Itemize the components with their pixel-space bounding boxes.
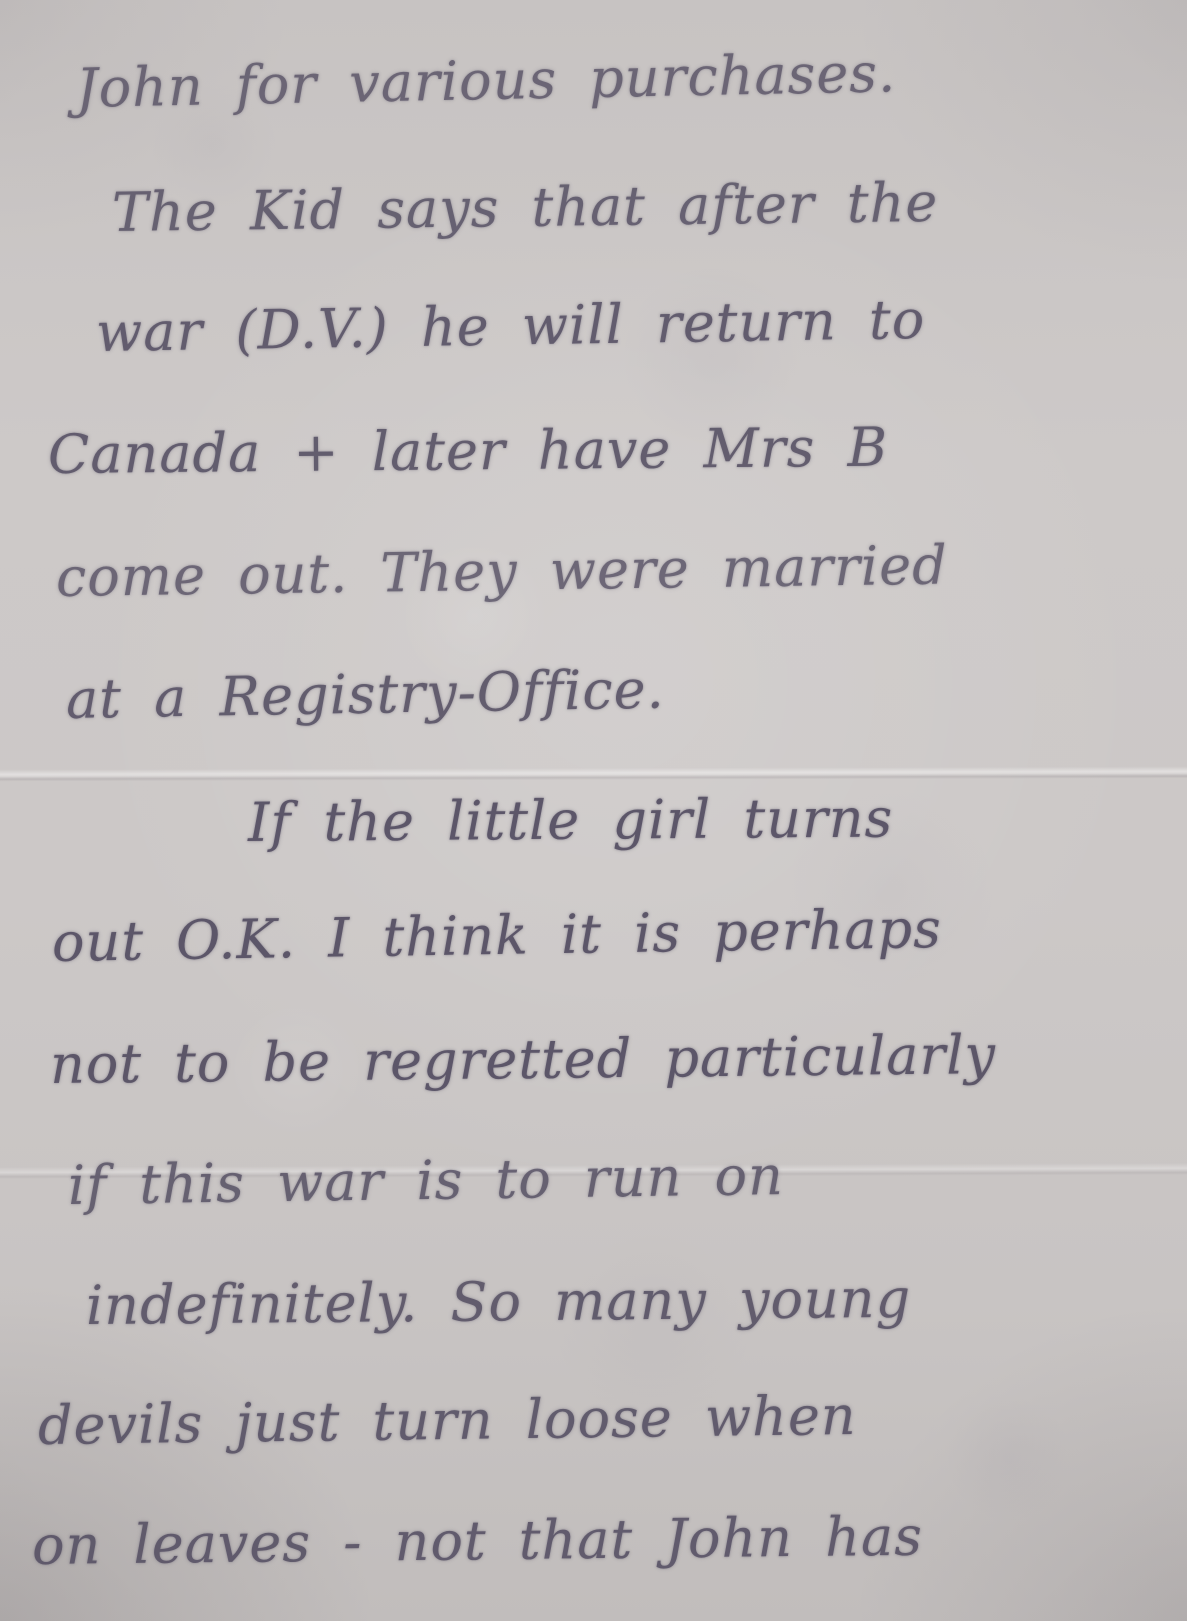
handwritten-line: war (D.V.) he will return to [96, 293, 926, 360]
handwritten-line: if this war is to run on [68, 1149, 784, 1213]
handwritten-line: The Kid says that after the [112, 176, 939, 240]
handwritten-line: at a Registry-Office. [66, 663, 666, 727]
handwritten-line: Canada + later have Mrs B [48, 421, 889, 482]
handwritten-line: devils just turn loose when [38, 1389, 857, 1453]
handwritten-line: on leaves - not that John has [32, 1510, 923, 1573]
handwritten-line: out O.K. I think it is perhaps [52, 902, 943, 970]
handwritten-line: not to be regretted particularly [50, 1028, 997, 1092]
handwritten-line: indefinitely. So many young [86, 1272, 912, 1333]
handwritten-line: come out. They were married [56, 539, 948, 605]
handwritten-line: If the little girl turns [248, 791, 894, 850]
letter-page-photo: John for various purchases. The Kid says… [0, 0, 1187, 1621]
handwritten-line: John for various purchases. [75, 46, 896, 116]
